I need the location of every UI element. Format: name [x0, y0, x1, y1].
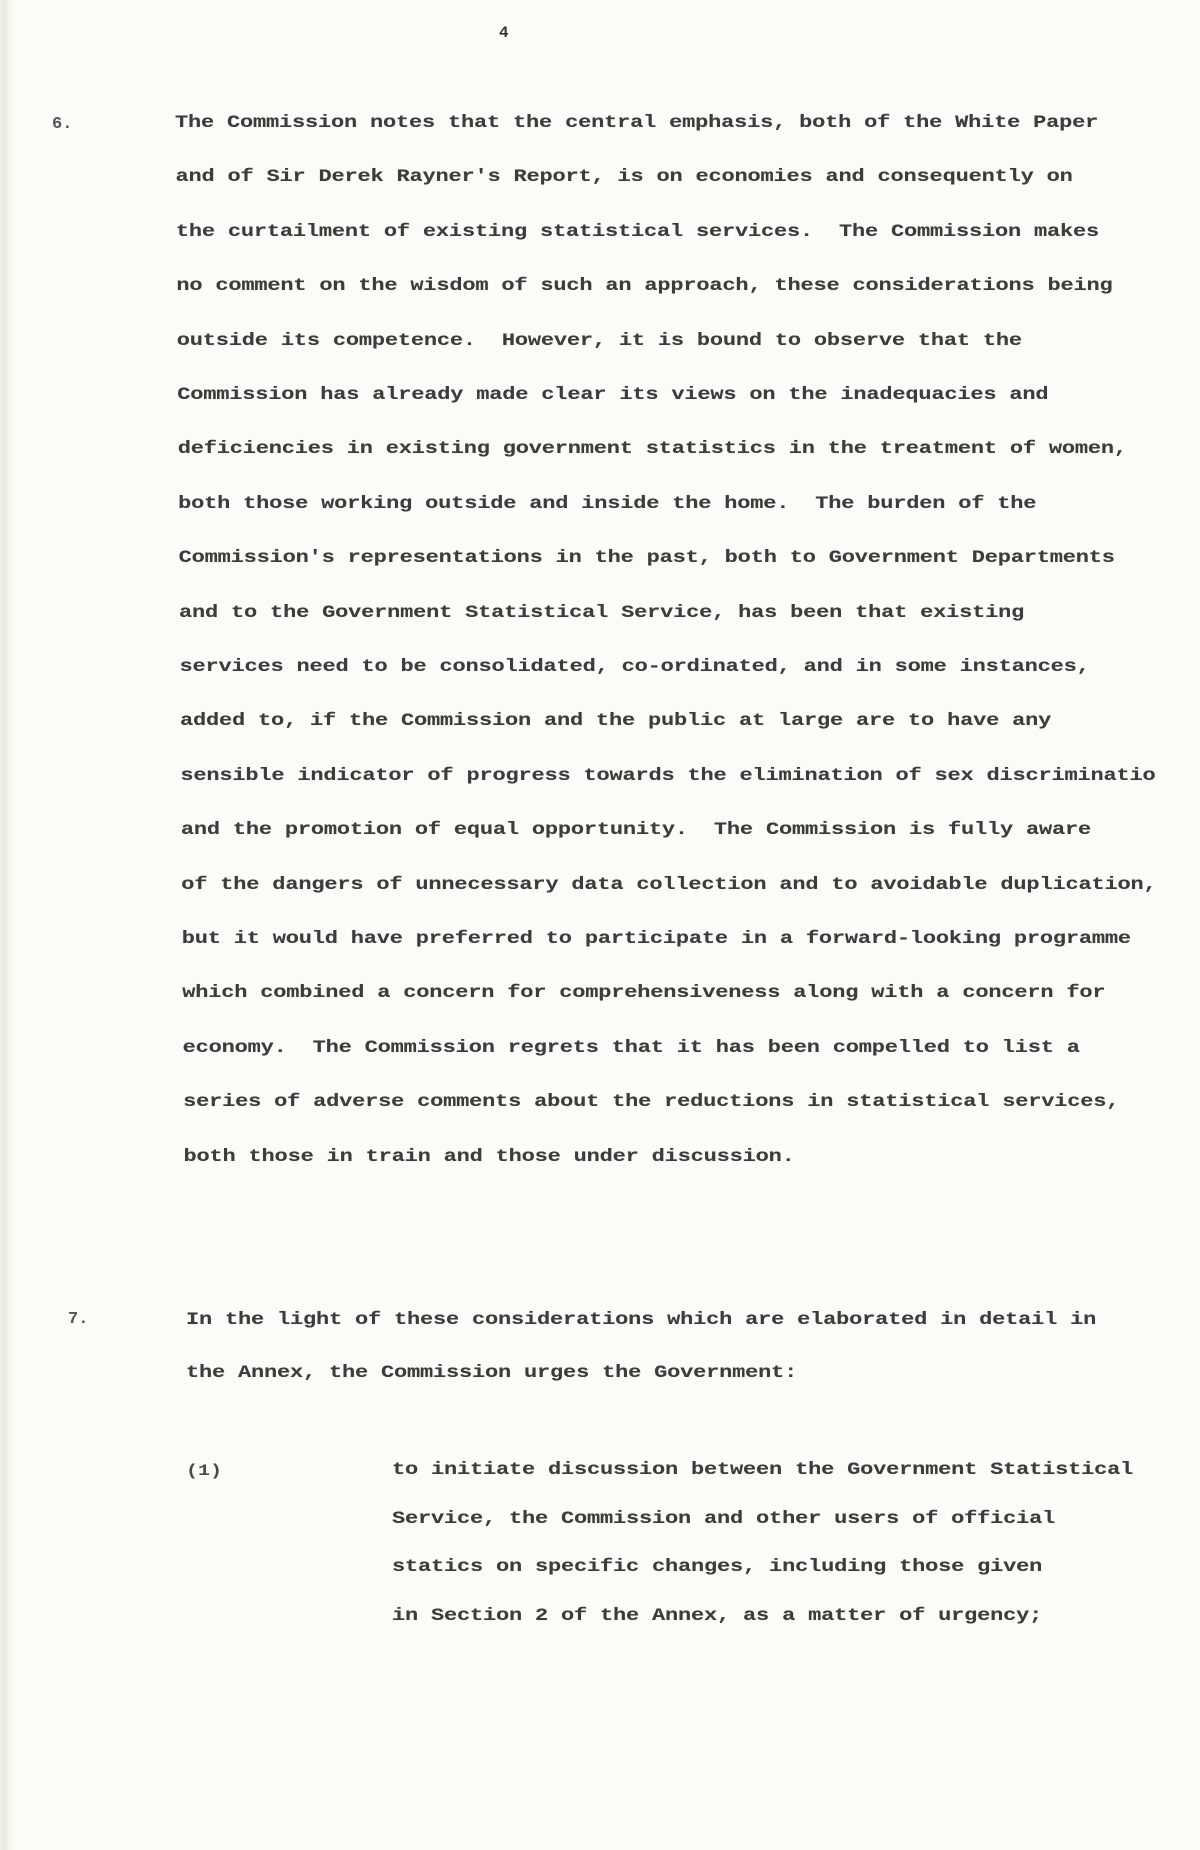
text-line: the Annex, the Commission urges the Gove…	[186, 1364, 797, 1381]
text-line: economy. The Commission regrets that it …	[183, 1039, 1080, 1056]
text-line: deficiencies in existing government stat…	[178, 441, 1127, 458]
text-line: and to the Government Statistical Servic…	[179, 604, 1024, 621]
page-binding-shadow	[0, 0, 14, 1850]
text-line: both those in train and those under disc…	[184, 1148, 795, 1165]
text-line: statics on specific changes, including t…	[392, 1559, 1042, 1576]
text-line: outside its competence. However, it is b…	[177, 332, 1022, 349]
text-line: the curtailment of existing statistical …	[176, 223, 1099, 240]
list-item-marker: (1)	[186, 1463, 222, 1481]
text-line: both those working outside and inside th…	[178, 495, 1036, 512]
text-line: added to, if the Commission and the publ…	[180, 713, 1051, 730]
text-line: of the dangers of unnecessary data colle…	[181, 876, 1156, 893]
text-line: and of Sir Derek Rayner's Report, is on …	[175, 169, 1072, 186]
text-line: services need to be consolidated, co-ord…	[180, 658, 1090, 675]
text-line: but it would have preferred to participa…	[182, 930, 1131, 947]
page-number: 4	[499, 24, 509, 42]
text-line: sensible indicator of progress towards t…	[180, 767, 1155, 784]
paragraph-number: 7.	[68, 1309, 88, 1331]
paragraph-number: 6.	[52, 114, 72, 136]
text-line: which combined a concern for comprehensi…	[182, 985, 1105, 1002]
text-line: to initiate discussion between the Gover…	[392, 1461, 1133, 1478]
text-line: and the promotion of equal opportunity. …	[181, 822, 1091, 839]
text-line: Commission's representations in the past…	[179, 550, 1115, 567]
text-line: series of adverse comments about the red…	[183, 1094, 1119, 1111]
text-line: Service, the Commission and other users …	[392, 1510, 1055, 1527]
text-line: In the light of these considerations whi…	[186, 1311, 1096, 1328]
text-line: Commission has already made clear its vi…	[177, 386, 1048, 403]
text-line: The Commission notes that the central em…	[175, 114, 1098, 131]
text-line: in Section 2 of the Annex, as a matter o…	[392, 1608, 1042, 1625]
text-line: no comment on the wisdom of such an appr…	[176, 278, 1112, 295]
